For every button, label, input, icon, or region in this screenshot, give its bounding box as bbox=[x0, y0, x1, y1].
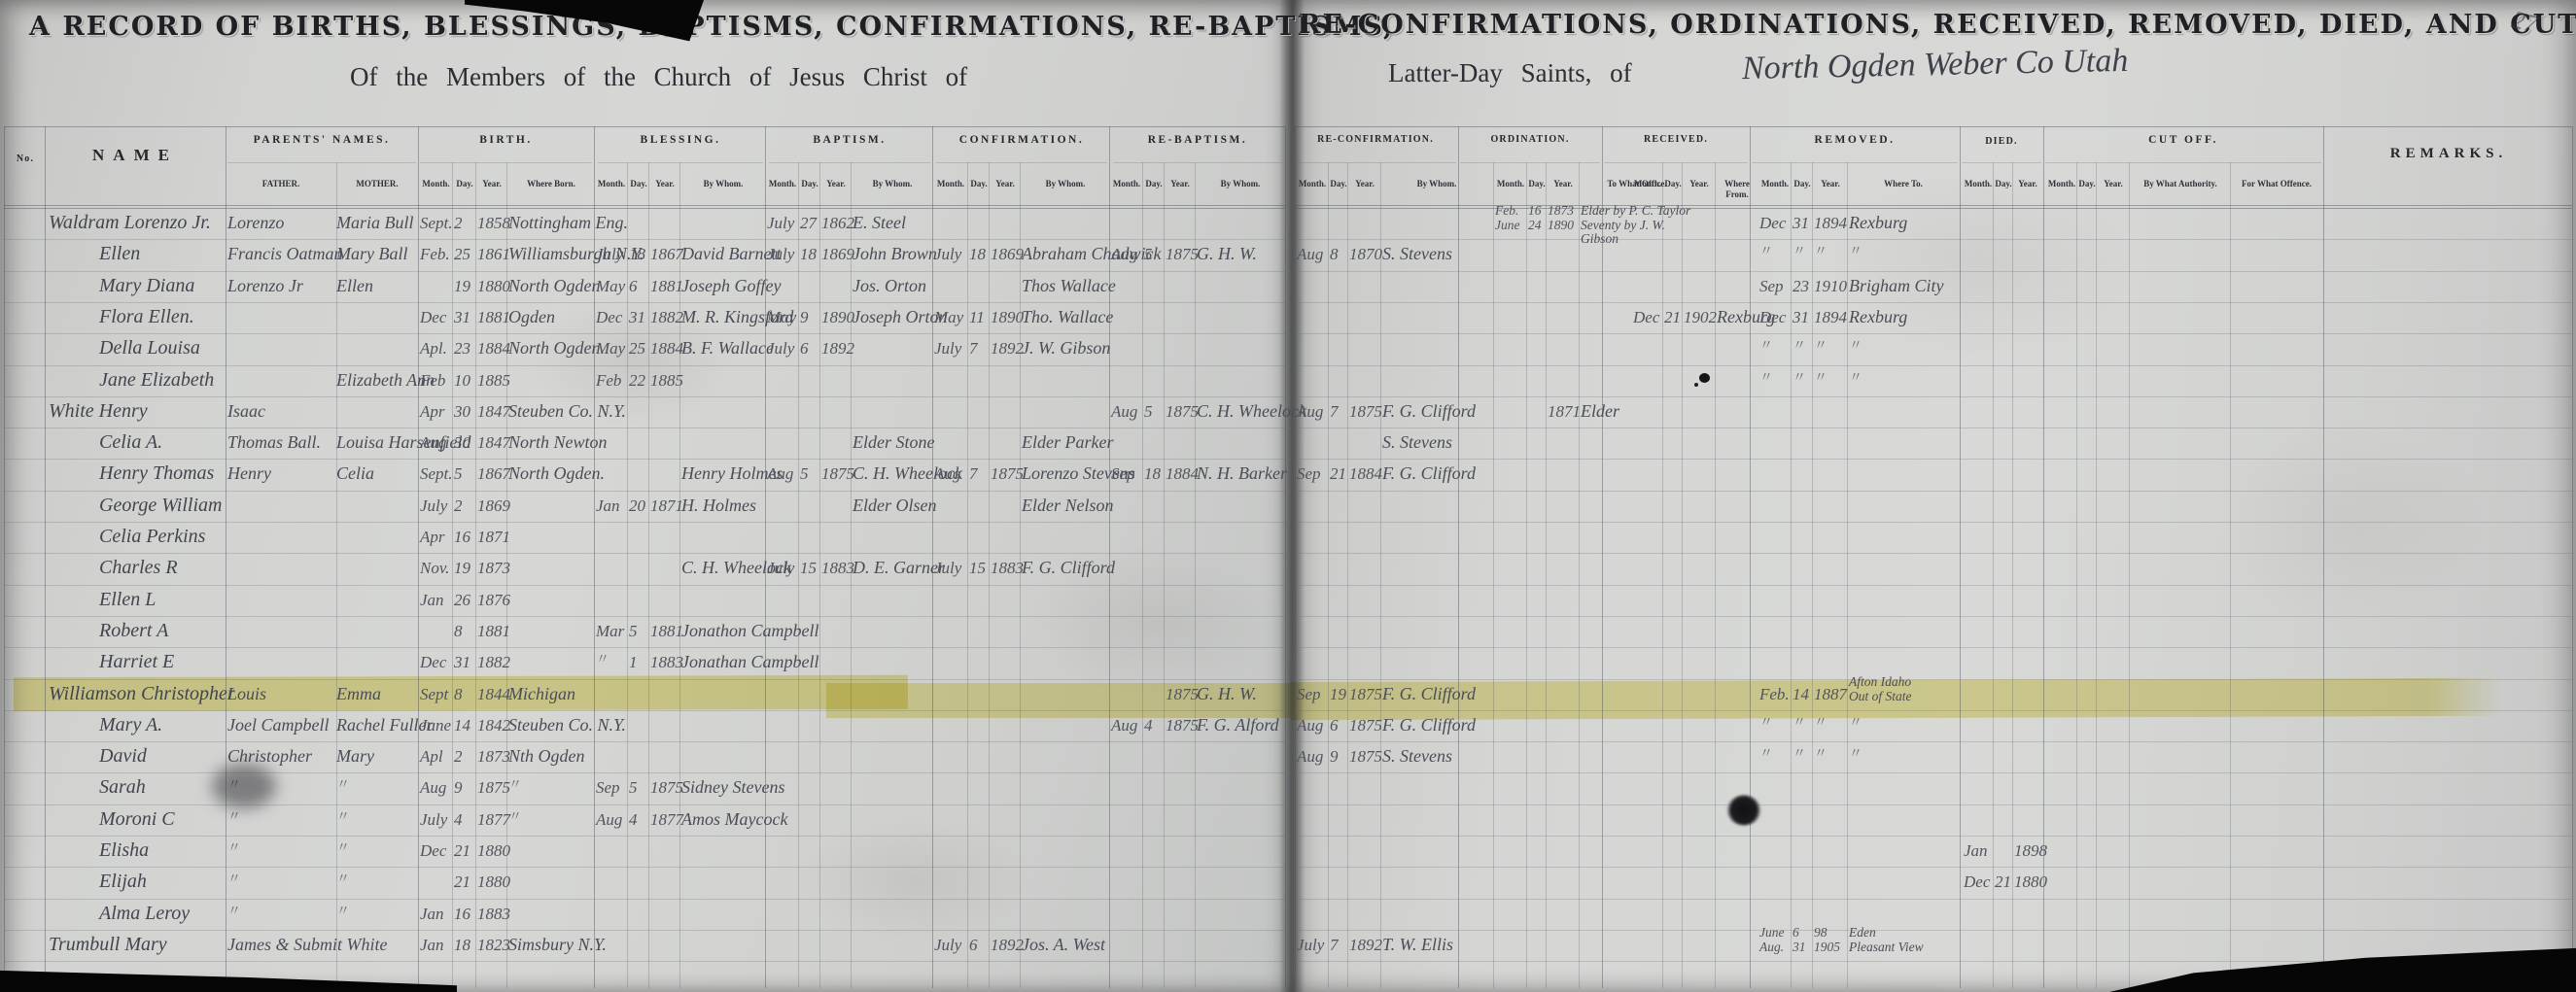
cell-name: Celia Perkins bbox=[49, 523, 276, 552]
column-rule bbox=[1847, 162, 1848, 988]
cell-confirmation-by: Thos Wallace bbox=[1022, 272, 1109, 301]
sub-header-year: Year. bbox=[2014, 179, 2041, 189]
column-rule bbox=[4, 126, 5, 988]
cell-removed-year: 〃 bbox=[1814, 334, 1847, 363]
cell-confirmation-month: July bbox=[934, 240, 967, 269]
cell-birth-where: North Ogden. bbox=[508, 334, 594, 363]
row-rule bbox=[1295, 522, 2572, 523]
column-header-name: NAME bbox=[45, 146, 226, 165]
cell-birth-month: Dec bbox=[420, 837, 452, 866]
cell-reconfirmation-month: Sep bbox=[1297, 680, 1328, 709]
header-rule bbox=[1295, 205, 2572, 206]
cell-mother: Louisa Harsenfield bbox=[336, 428, 418, 458]
header-rule bbox=[4, 126, 1285, 127]
cell-blessing-month: Sep bbox=[596, 773, 627, 803]
cell-mother: 〃 bbox=[336, 837, 418, 866]
cell-birth-month: Dec bbox=[420, 648, 452, 677]
cell-removed-day: 〃 bbox=[1793, 711, 1812, 740]
column-rule bbox=[2230, 162, 2231, 988]
column-rule bbox=[1493, 162, 1494, 988]
column-header-birth: BIRTH. bbox=[418, 134, 594, 146]
cell-birth-year: 1882 bbox=[477, 648, 506, 677]
cell-reconfirmation-month: July bbox=[1297, 931, 1328, 960]
cell-birth-year: 1871 bbox=[477, 523, 506, 552]
column-rule bbox=[648, 162, 649, 988]
cell-blessing-month: Dec bbox=[596, 303, 627, 332]
cell-birth-year: 1883 bbox=[477, 900, 506, 929]
cell-birth-where: North Newton bbox=[508, 428, 594, 458]
cell-baptism-day: 15 bbox=[800, 554, 819, 583]
cell-reconfirmation-by: S. Stevens bbox=[1382, 742, 1491, 771]
sub-header-month: Month. bbox=[767, 179, 798, 189]
cell-birth-month: Dec bbox=[420, 303, 452, 332]
sub-header-month: Month. bbox=[1964, 179, 1993, 189]
cell-confirmation-month: Aug bbox=[934, 460, 967, 489]
cell-father: Joel Campbell bbox=[227, 711, 334, 740]
cell-father: 〃 bbox=[227, 837, 334, 866]
cell-rebaptism-by: C. H. Wheelock bbox=[1197, 397, 1284, 427]
row-rule bbox=[1295, 804, 2572, 805]
cell-rebaptism-month: Aug bbox=[1111, 240, 1142, 269]
cell-blessing-month: Mar bbox=[596, 617, 627, 646]
cell-rebaptism-year: 1884 bbox=[1166, 460, 1195, 489]
column-rule bbox=[2323, 126, 2324, 988]
cell-name: Harriet E bbox=[49, 648, 276, 677]
cell-reconfirmation-year: 1875 bbox=[1349, 680, 1380, 709]
cell-rebaptism-by: G. H. W. bbox=[1197, 240, 1284, 269]
column-rule bbox=[1791, 162, 1792, 988]
cell-confirmation-month: July bbox=[934, 931, 967, 960]
cell-baptism-by: Elder Stone bbox=[853, 428, 932, 458]
column-rule bbox=[1295, 126, 1296, 988]
column-rule bbox=[1602, 126, 1603, 988]
column-header-rebaptism: RE-BAPTISM. bbox=[1111, 134, 1284, 146]
cell-baptism-day: 9 bbox=[800, 303, 819, 332]
cell-removed-to: Afton Idaho Out of State bbox=[1849, 674, 1958, 704]
cell-reconfirmation-day: 7 bbox=[1330, 931, 1347, 960]
header-mid-rule bbox=[936, 162, 1107, 163]
ink-dot-small bbox=[1694, 383, 1698, 387]
cell-died-year: 1880 bbox=[2014, 868, 2041, 897]
column-rule bbox=[1347, 162, 1348, 988]
cell-blessing-day: 31 bbox=[629, 303, 648, 332]
sub-header-day: Day. bbox=[1528, 179, 1546, 189]
cell-birth-year: 1844 bbox=[477, 680, 506, 709]
column-rule bbox=[2076, 162, 2077, 988]
cell-father: Henry bbox=[227, 460, 334, 489]
cell-baptism-day: 5 bbox=[800, 460, 819, 489]
cell-reconfirmation-day: 8 bbox=[1330, 240, 1347, 269]
cell-baptism-by: E. Steel bbox=[853, 209, 932, 238]
cell-birth-day: 2 bbox=[454, 209, 475, 238]
cell-father: Louis bbox=[227, 680, 334, 709]
cell-removed-to: 〃 bbox=[1849, 334, 1958, 363]
cell-confirmation-year: 1883 bbox=[991, 554, 1020, 583]
cell-birth-day: 31 bbox=[454, 303, 475, 332]
cell-blessing-by: Jonathon Campbell bbox=[681, 617, 765, 646]
cell-confirmation-by: Tho. Wallace bbox=[1022, 303, 1109, 332]
sub-header-day: Day. bbox=[1664, 179, 1682, 189]
column-header-blessing: BLESSING. bbox=[596, 134, 765, 146]
cell-birth-month: Feb bbox=[420, 366, 452, 395]
cell-name: Jane Elizabeth bbox=[49, 366, 276, 395]
cell-mother: Rachel Fuller bbox=[336, 711, 418, 740]
column-rule bbox=[1715, 162, 1716, 988]
cell-confirmation-day: 18 bbox=[969, 240, 989, 269]
cell-birth-day: 18 bbox=[454, 931, 475, 960]
column-header-parents: PARENTS' NAMES. bbox=[226, 134, 418, 146]
sub-header-year: Year. bbox=[1349, 179, 1380, 189]
cell-removed-month: Dec bbox=[1759, 303, 1791, 332]
cell-birth-month: Sept bbox=[420, 680, 452, 709]
cell-birth-where: North Ogden. bbox=[508, 460, 594, 489]
cell-confirmation-year: 1892 bbox=[991, 931, 1020, 960]
cell-rebaptism-year: 1875 bbox=[1166, 397, 1195, 427]
cell-reconfirmation-month: Aug bbox=[1297, 711, 1328, 740]
ledger-title-right: RE-CONFIRMATIONS, ORDINATIONS, RECEIVED,… bbox=[1299, 10, 2562, 40]
cell-confirmation-day: 6 bbox=[969, 931, 989, 960]
cell-rebaptism-month: Sep bbox=[1111, 460, 1142, 489]
cell-blessing-day: 22 bbox=[629, 366, 648, 395]
cell-birth-where: Ogden bbox=[508, 303, 594, 332]
cell-mother: Elizabeth Ann bbox=[336, 366, 418, 395]
cell-blessing-year: 1885 bbox=[650, 366, 679, 395]
column-rule bbox=[45, 126, 46, 988]
cell-baptism-month: May bbox=[767, 303, 798, 332]
cell-blessing-year: 1875 bbox=[650, 773, 679, 803]
column-rule bbox=[1682, 162, 1683, 988]
cell-birth-year: 1885 bbox=[477, 366, 506, 395]
cell-reconfirmation-month: Aug bbox=[1297, 397, 1328, 427]
cell-confirmation-by: Elder Nelson bbox=[1022, 492, 1109, 521]
cell-removed-month: Dec bbox=[1759, 209, 1791, 238]
row-rule bbox=[1295, 772, 2572, 773]
cell-removed-month: June Aug. bbox=[1759, 925, 1791, 955]
cell-blessing-month: May bbox=[596, 334, 627, 363]
cell-removed-to: Rexburg bbox=[1849, 209, 1958, 238]
cell-birth-month: Apl bbox=[420, 742, 452, 771]
cell-birth-month: Sept. bbox=[420, 209, 452, 238]
header-mid-rule bbox=[420, 162, 592, 163]
cell-blessing-by: Sidney Stevens bbox=[681, 773, 765, 803]
sub-header-day: Day. bbox=[800, 179, 819, 189]
cell-baptism-year: 1875 bbox=[821, 460, 851, 489]
cell-rebaptism-year: 1875 bbox=[1166, 680, 1195, 709]
cell-name: Della Louisa bbox=[49, 334, 276, 363]
cell-birth-day: 19 bbox=[454, 272, 475, 301]
sub-header-month: Month. bbox=[934, 179, 967, 189]
cell-birth-month: Feb. bbox=[420, 240, 452, 269]
column-header-remarks: REMARKS. bbox=[2323, 146, 2574, 162]
cell-blessing-by: Jonathan Campbell bbox=[681, 648, 765, 677]
row-rule bbox=[1295, 899, 2572, 900]
cell-reconfirmation-year: 1875 bbox=[1349, 397, 1380, 427]
cell-confirmation-by: F. G. Clifford bbox=[1022, 554, 1109, 583]
sub-header-day: Day. bbox=[1995, 179, 2012, 189]
cell-mother: 〃 bbox=[336, 900, 418, 929]
cell-reconfirmation-day: 19 bbox=[1330, 680, 1347, 709]
sub-header-mother: MOTHER. bbox=[336, 179, 418, 189]
cell-birth-year: 1823 bbox=[477, 931, 506, 960]
column-rule bbox=[2012, 162, 2013, 988]
cell-died-month: Jan bbox=[1964, 837, 1993, 866]
row-rule bbox=[4, 961, 1285, 962]
cell-reconfirmation-year: 1870 bbox=[1349, 240, 1380, 269]
cell-birth-day: 16 bbox=[454, 523, 475, 552]
cell-birth-month: Apl. bbox=[420, 334, 452, 363]
cell-removed-day: 〃 bbox=[1793, 366, 1812, 395]
cell-removed-to: Brigham City bbox=[1849, 272, 1958, 301]
cell-father: Isaac bbox=[227, 397, 334, 427]
header-mid-rule bbox=[227, 162, 416, 163]
cell-rebaptism-month: Aug bbox=[1111, 711, 1142, 740]
cell-birth-day: 31 bbox=[454, 648, 475, 677]
cell-birth-month: Apr bbox=[420, 397, 452, 427]
cell-removed-month: Sep bbox=[1759, 272, 1791, 301]
cell-birth-day: 25 bbox=[454, 240, 475, 269]
sub-header-year: Year. bbox=[2098, 179, 2129, 189]
cell-birth-year: 1881 bbox=[477, 303, 506, 332]
sub-header-for-what-offence: For What Offence. bbox=[2232, 179, 2321, 189]
cell-birth-month: Apr bbox=[420, 523, 452, 552]
header-mid-rule bbox=[2045, 162, 2321, 163]
header-mid-rule bbox=[1460, 162, 1600, 163]
sub-header-day: Day. bbox=[1793, 179, 1812, 189]
column-rule bbox=[1380, 162, 1381, 988]
sub-header-day: Day. bbox=[1144, 179, 1164, 189]
cell-name: White Henry bbox=[49, 397, 226, 427]
sub-header-month: Month. bbox=[1495, 179, 1526, 189]
cell-baptism-year: 1883 bbox=[821, 554, 851, 583]
cell-removed-month: 〃 bbox=[1759, 711, 1791, 740]
cell-father: Francis Oatman bbox=[227, 240, 334, 269]
cell-removed-day: 31 bbox=[1793, 209, 1812, 238]
cell-removed-year: 〃 bbox=[1814, 366, 1847, 395]
cell-reconfirmation-by: F. G. Clifford bbox=[1382, 711, 1491, 740]
cell-birth-day: 2 bbox=[454, 492, 475, 521]
row-rule bbox=[1295, 616, 2572, 617]
cell-birth-where: Simsbury N.Y. bbox=[508, 931, 594, 960]
sub-header-year: Year. bbox=[821, 179, 851, 189]
cell-blessing-by: Joseph Goffey bbox=[681, 272, 765, 301]
cell-birth-day: 19 bbox=[454, 554, 475, 583]
sub-header-month: Month. bbox=[420, 179, 452, 189]
cell-removed-month: 〃 bbox=[1759, 240, 1791, 269]
smudge bbox=[212, 764, 276, 808]
cell-died-day: 21 bbox=[1995, 868, 2012, 897]
cell-baptism-by: Elder Olsen bbox=[853, 492, 932, 521]
column-rule bbox=[2572, 126, 2573, 988]
column-rule bbox=[2096, 162, 2097, 988]
cell-confirmation-day: 7 bbox=[969, 334, 989, 363]
cell-baptism-day: 27 bbox=[800, 209, 819, 238]
cell-removed-to: Rexburg bbox=[1849, 303, 1958, 332]
ink-dot bbox=[1699, 373, 1710, 383]
cell-reconfirmation-by: F. G. Clifford bbox=[1382, 397, 1491, 427]
column-header-reconfirmation: RE-CONFIRMATION. bbox=[1293, 134, 1458, 145]
cell-ordination-year: 1871 bbox=[1548, 397, 1579, 427]
cell-birth-year: 1858 bbox=[477, 209, 506, 238]
cell-blessing-day: 6 bbox=[629, 272, 648, 301]
cell-blessing-year: 1881 bbox=[650, 272, 679, 301]
cell-removed-to: 〃 bbox=[1849, 742, 1958, 771]
column-rule bbox=[1579, 162, 1580, 988]
cell-removed-to: 〃 bbox=[1849, 711, 1958, 740]
cell-confirmation-day: 7 bbox=[969, 460, 989, 489]
cell-father: Lorenzo bbox=[227, 209, 334, 238]
header-mid-rule bbox=[598, 162, 763, 163]
cell-birth-day: 30 bbox=[454, 397, 475, 427]
cell-baptism-year: 1890 bbox=[821, 303, 851, 332]
cell-blessing-year: 1883 bbox=[650, 648, 679, 677]
cell-birth-where: Nth Ogden bbox=[508, 742, 594, 771]
cell-received-month: Dec bbox=[1633, 303, 1662, 332]
cell-confirmation-by: Jos. A. West bbox=[1022, 931, 1109, 960]
cell-received-day: 21 bbox=[1664, 303, 1682, 332]
cell-birth-month: Jan bbox=[420, 900, 452, 929]
cell-removed-month: 〃 bbox=[1759, 334, 1791, 363]
cell-removed-day: 〃 bbox=[1793, 334, 1812, 363]
page-gutter-shadow bbox=[1279, 0, 1305, 992]
sub-header-by-whom: By Whom. bbox=[1382, 179, 1491, 189]
cell-removed-month: 〃 bbox=[1759, 366, 1791, 395]
cell-received-from: Rexburg bbox=[1717, 303, 1758, 332]
cell-mother: Mary Ball bbox=[336, 240, 418, 269]
cell-baptism-by: D. E. Garner bbox=[853, 554, 932, 583]
cell-birth-year: 1847 bbox=[477, 428, 506, 458]
cell-blessing-by: H. Holmes bbox=[681, 492, 765, 521]
sub-header-year: Year. bbox=[477, 179, 506, 189]
cell-birth-where: Williamsburgh N.Y. bbox=[508, 240, 594, 269]
cell-reconfirmation-day: 9 bbox=[1330, 742, 1347, 771]
cell-birth-day: 23 bbox=[454, 334, 475, 363]
scanned-ledger-spread: A RECORD OF BIRTHS, BLESSINGS, BAPTISMS,… bbox=[0, 0, 2576, 992]
column-header-received: RECEIVED. bbox=[1602, 134, 1750, 145]
subtitle-right-printed: Latter-Day Saints, of bbox=[1388, 58, 1632, 88]
cell-reconfirmation-day: 21 bbox=[1330, 460, 1347, 489]
cell-name: Williamson Christopher bbox=[49, 680, 226, 709]
cell-confirmation-year: 1869 bbox=[991, 240, 1020, 269]
cell-blessing-by: David Barnett bbox=[681, 240, 765, 269]
cell-birth-year: 1880 bbox=[477, 272, 506, 301]
cell-rebaptism-by: N. H. Barker bbox=[1197, 460, 1284, 489]
cell-reconfirmation-month: Sep bbox=[1297, 460, 1328, 489]
column-rule bbox=[1546, 162, 1547, 988]
cell-birth-day: 8 bbox=[454, 617, 475, 646]
header-rule bbox=[1295, 126, 2572, 127]
cell-removed-year: 98 1905 bbox=[1814, 925, 1847, 955]
cell-blessing-day: 25 bbox=[629, 334, 648, 363]
cell-removed-year: 〃 bbox=[1814, 742, 1847, 771]
cell-birth-year: 1880 bbox=[477, 868, 506, 897]
column-header-ordination: ORDINATION. bbox=[1458, 134, 1602, 145]
sub-header-month: Month. bbox=[1759, 179, 1791, 189]
sub-header-by-whom: By Whom. bbox=[1022, 179, 1109, 189]
cell-blessing-day: 4 bbox=[629, 805, 648, 835]
cell-reconfirmation-year: 1892 bbox=[1349, 931, 1380, 960]
cell-baptism-year: 1892 bbox=[821, 334, 851, 363]
cell-birth-month: Jan bbox=[420, 931, 452, 960]
cell-father: 〃 bbox=[227, 805, 334, 835]
cell-name: Trumbull Mary bbox=[49, 931, 226, 960]
column-rule bbox=[798, 162, 799, 988]
cell-blessing-by: C. H. Wheelock bbox=[681, 554, 765, 583]
sub-header-month: Month. bbox=[2047, 179, 2076, 189]
cell-confirmation-year: 1875 bbox=[991, 460, 1020, 489]
cell-reconfirmation-year: 1875 bbox=[1349, 711, 1380, 740]
cell-mother: Ellen bbox=[336, 272, 418, 301]
cell-removed-year: 1887 bbox=[1814, 680, 1847, 709]
header-mid-rule bbox=[1752, 162, 1958, 163]
cell-rebaptism-year: 1875 bbox=[1166, 240, 1195, 269]
cell-blessing-by: Henry Holmes bbox=[681, 460, 765, 489]
cell-rebaptism-month: Aug bbox=[1111, 397, 1142, 427]
sub-header-year: Year. bbox=[650, 179, 679, 189]
cell-removed-day: 〃 bbox=[1793, 742, 1812, 771]
cell-ordination-year: 1873 1890 bbox=[1548, 203, 1579, 233]
cell-blessing-month: July bbox=[596, 240, 627, 269]
cell-baptism-day: 6 bbox=[800, 334, 819, 363]
cell-removed-year: 〃 bbox=[1814, 240, 1847, 269]
sub-header-year: Year. bbox=[1166, 179, 1195, 189]
cell-name: Flora Ellen. bbox=[49, 303, 276, 332]
cell-blessing-day: 1 bbox=[629, 648, 648, 677]
sub-header-day: Day. bbox=[1330, 179, 1347, 189]
sub-header-day: Day. bbox=[454, 179, 475, 189]
cell-birth-day: 4 bbox=[454, 805, 475, 835]
sub-header-month: Month. bbox=[1297, 179, 1328, 189]
cell-father: Lorenzo Jr bbox=[227, 272, 334, 301]
sub-header-where-born: Where Born. bbox=[508, 179, 594, 189]
cell-baptism-by: Joseph Orton bbox=[853, 303, 932, 332]
cell-blessing-month: Feb bbox=[596, 366, 627, 395]
cell-removed-day: 6 31 bbox=[1793, 925, 1812, 955]
sub-header-by-whom: By Whom. bbox=[1197, 179, 1284, 189]
cell-rebaptism-day: 4 bbox=[1144, 711, 1164, 740]
sub-header-by-whom: By Whom. bbox=[681, 179, 765, 189]
cell-confirmation-by: Elder Parker bbox=[1022, 428, 1109, 458]
cell-blessing-year: 1871 bbox=[650, 492, 679, 521]
cell-birth-where: Michigan bbox=[508, 680, 594, 709]
cell-name: Waldram Lorenzo Jr. bbox=[49, 209, 226, 238]
cell-confirmation-by: Abraham Chadwick bbox=[1022, 240, 1109, 269]
cell-birth-year: 1881 bbox=[477, 617, 506, 646]
sub-header-day: Day. bbox=[629, 179, 648, 189]
cell-removed-day: 23 bbox=[1793, 272, 1812, 301]
cell-birth-where: 〃 bbox=[508, 805, 594, 835]
cell-birth-year: 1867 bbox=[477, 460, 506, 489]
sub-header-by-what-authority: By What Authority. bbox=[2131, 179, 2230, 189]
cell-birth-month: Jan bbox=[420, 586, 452, 615]
cell-birth-year: 1877 bbox=[477, 805, 506, 835]
cell-removed-month: 〃 bbox=[1759, 742, 1791, 771]
column-rule bbox=[1993, 162, 1994, 988]
cell-ordination-office: Elder bbox=[1581, 397, 1693, 427]
cell-birth-where: 〃 bbox=[508, 773, 594, 803]
cell-died-month: Dec bbox=[1964, 868, 1993, 897]
cell-removed-year: 1894 bbox=[1814, 303, 1847, 332]
sub-header-day: Day. bbox=[2078, 179, 2096, 189]
cell-birth-day: 16 bbox=[454, 900, 475, 929]
header-mid-rule bbox=[1113, 162, 1282, 163]
cell-birth-year: 1873 bbox=[477, 554, 506, 583]
subtitle-left: Of the Members of the Church of Jesus Ch… bbox=[350, 62, 967, 92]
cell-birth-year: 1873 bbox=[477, 742, 506, 771]
row-rule bbox=[1295, 553, 2572, 554]
row-rule bbox=[1295, 836, 2572, 837]
cell-birth-where: Steuben Co. N.Y. bbox=[508, 711, 594, 740]
cell-reconfirmation-day: 6 bbox=[1330, 711, 1347, 740]
